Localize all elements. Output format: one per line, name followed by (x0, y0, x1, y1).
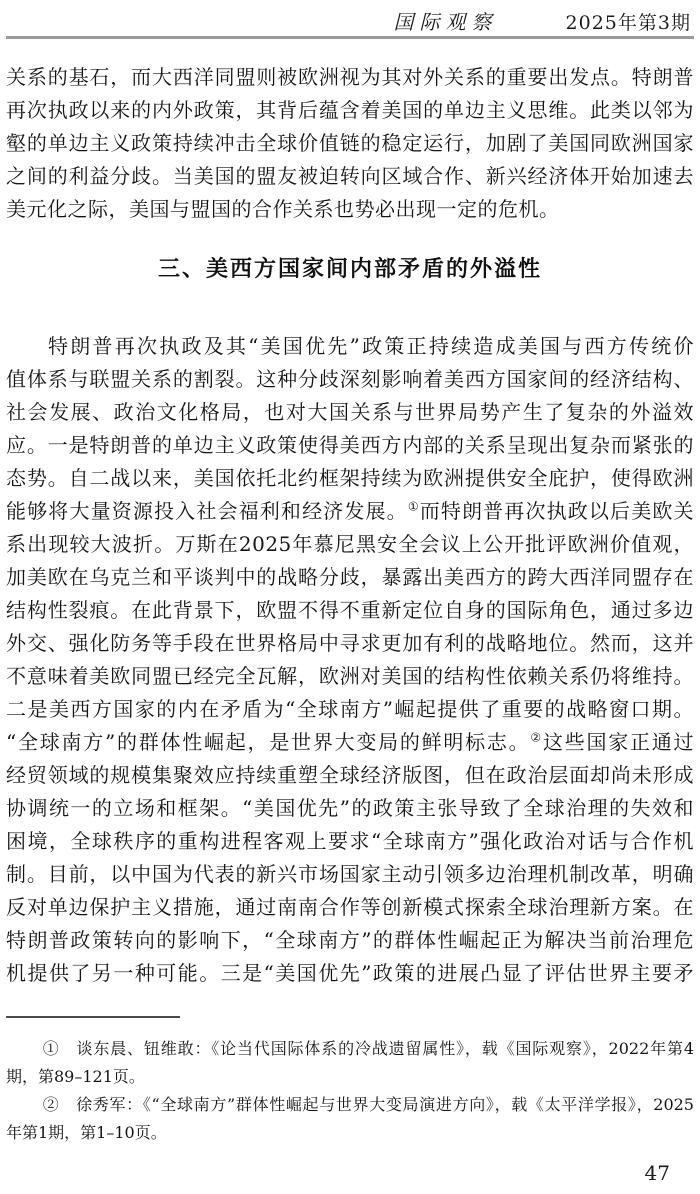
running-head: 国际观察 2025年第3期 (6, 6, 694, 33)
text-line: 能够将大量资源投入社会福利和经济发展。①而特朗普再次执政以后美欧关 (6, 495, 694, 528)
text-run: 特朗普再次执政及其“美国优先”政策正持续造成美国与西方传统价 (48, 334, 694, 358)
text-run: 机提供了另一种可能。三是“美国优先”政策的进展凸显了评估世界主要矛 (6, 961, 694, 985)
text-line: 外交、强化防务等手段在世界格局中寻求更加有利的战略地位。然而，这并 (6, 627, 694, 660)
text-line: 值体系与联盟关系的割裂。这种分歧深刻影响着美西方国家间的经济结构、 (6, 363, 694, 396)
text-run: 特朗普政策转向的影响下，“全球南方”的群体性崛起正为解决当前治理危 (6, 928, 694, 952)
text-line: 机提供了另一种可能。三是“美国优先”政策的进展凸显了评估世界主要矛 (6, 957, 694, 990)
text-line: 系出现较大波折。万斯在2025年慕尼黑安全会议上公开批评欧洲价值观，叠 (6, 528, 694, 561)
journal-title: 国际观察 (394, 6, 498, 35)
text-line: 制。目前，以中国为代表的新兴市场国家主动引领多边治理机制改革，明确 (6, 858, 694, 891)
text-run: 值体系与联盟关系的割裂。这种分歧深刻影响着美西方国家间的经济结构、 (6, 367, 694, 391)
journal-page: 国际观察 2025年第3期 关系的基石，而大西洋同盟则被欧洲视为其对外关系的重要… (0, 0, 700, 1194)
footnote-ref: ② (530, 730, 543, 744)
text-run: 而特朗普再次执政以后美欧关 (420, 499, 694, 523)
text-run: 态势。自二战以来，美国依托北约框架持续为欧洲提供安全庇护，使得欧洲 (6, 466, 694, 490)
article-body: 关系的基石，而大西洋同盟则被欧洲视为其对外关系的重要出发点。特朗普再次执政以来的… (6, 61, 694, 990)
footnotes: ① 谈东晨、钮维敢：《论当代国际体系的冷战遗留属性》，载《国际观察》，2022年… (6, 1035, 694, 1147)
text-line: 特朗普再次执政及其“美国优先”政策正持续造成美国与西方传统价 (6, 330, 694, 363)
footnote-line: ① 谈东晨、钮维敢：《论当代国际体系的冷战遗留属性》，载《国际观察》，2022年… (6, 1035, 694, 1063)
text-run: 能够将大量资源投入社会福利和经济发展。 (6, 499, 408, 523)
footnote-line: ② 徐秀军：《“全球南方”群体性崛起与世界大变局演进方向》，载《太平洋学报》，2… (6, 1091, 694, 1119)
footnote-item: ① 谈东晨、钮维敢：《论当代国际体系的冷战遗留属性》，载《国际观察》，2022年… (6, 1035, 694, 1091)
text-line: “全球南方”的群体性崛起，是世界大变局的鲜明标志。②这些国家正通过 (6, 726, 694, 759)
footnote-separator (6, 1016, 180, 1018)
text-line: 协调统一的立场和框架。“美国优先”的政策主张导致了全球治理的失效和 (6, 792, 694, 825)
footnote-line: 年第1期，第1–10页。 (6, 1119, 694, 1147)
text-run: 二是美西方国家的内在矛盾为“全球南方”崛起提供了重要的战略窗口期。 (6, 697, 694, 721)
section-heading: 三、美西方国家间内部矛盾的外溢性 (6, 254, 694, 286)
text-run: 协调统一的立场和框架。“美国优先”的政策主张导致了全球治理的失效和 (6, 796, 694, 820)
text-run: 之间的利益分歧。当美国的盟友被迫转向区域合作、新兴经济体开始加速去 (6, 164, 694, 188)
text-line: 社会发展、政治文化格局，也对大国关系与世界局势产生了复杂的外溢效 (6, 396, 694, 429)
page-number: 47 (645, 1161, 670, 1185)
text-line: 困境，全球秩序的重构进程客观上要求“全球南方”强化政治对话与合作机 (6, 825, 694, 858)
text-run: 不意味着美欧同盟已经完全瓦解，欧洲对美国的结构性依赖关系仍将维持。 (6, 664, 694, 688)
paragraph-continued: 关系的基石，而大西洋同盟则被欧洲视为其对外关系的重要出发点。特朗普再次执政以来的… (6, 61, 694, 226)
text-run: “全球南方”的群体性崛起，是世界大变局的鲜明标志。 (6, 730, 530, 754)
text-line: 应。一是特朗普的单边主义政策使得美西方内部的关系呈现出复杂而紧张的 (6, 429, 694, 462)
header-rule (6, 36, 694, 39)
text-run: 系出现较大波折。万斯在2025年慕尼黑安全会议上公开批评欧洲价值观，叠 (6, 532, 694, 561)
text-run: 外交、强化防务等手段在世界格局中寻求更加有利的战略地位。然而，这并 (6, 631, 694, 655)
issue-label: 2025年第3期 (566, 8, 691, 35)
text-line: 加美欧在乌克兰和平谈判中的战略分歧，暴露出美西方的跨大西洋同盟存在 (6, 561, 694, 594)
text-run: 应。一是特朗普的单边主义政策使得美西方内部的关系呈现出复杂而紧张的 (6, 433, 694, 457)
text-run: 这些国家正通过 (543, 730, 694, 754)
text-line: 再次执政以来的内外政策，其背后蕴含着美国的单边主义思维。此类以邻为 (6, 94, 694, 127)
text-run: 再次执政以来的内外政策，其背后蕴含着美国的单边主义思维。此类以邻为 (6, 98, 694, 122)
text-run: 壑的单边主义政策持续冲击全球价值链的稳定运行，加剧了美国同欧洲国家 (6, 131, 694, 155)
text-line: 反对单边保护主义措施，通过南南合作等创新模式探索全球治理新方案。在 (6, 891, 694, 924)
text-line: 之间的利益分歧。当美国的盟友被迫转向区域合作、新兴经济体开始加速去 (6, 160, 694, 193)
text-run: 制。目前，以中国为代表的新兴市场国家主动引领多边治理机制改革，明确 (6, 862, 694, 886)
footnote-line: 期，第89–121页。 (6, 1063, 694, 1091)
text-line: 不意味着美欧同盟已经完全瓦解，欧洲对美国的结构性依赖关系仍将维持。 (6, 660, 694, 693)
paragraph-section-3: 特朗普再次执政及其“美国优先”政策正持续造成美国与西方传统价值体系与联盟关系的割… (6, 330, 694, 990)
text-run: 经贸领域的规模集聚效应持续重塑全球经济版图，但在政治层面却尚未形成 (6, 763, 694, 787)
text-line: 态势。自二战以来，美国依托北约框架持续为欧洲提供安全庇护，使得欧洲 (6, 462, 694, 495)
text-line: 结构性裂痕。在此背景下，欧盟不得不重新定位自身的国际角色，通过多边 (6, 594, 694, 627)
text-run: 结构性裂痕。在此背景下，欧盟不得不重新定位自身的国际角色，通过多边 (6, 598, 694, 622)
footnote-ref: ① (408, 499, 420, 513)
text-run: 关系的基石，而大西洋同盟则被欧洲视为其对外关系的重要出发点。特朗普 (6, 65, 694, 89)
text-line: 壑的单边主义政策持续冲击全球价值链的稳定运行，加剧了美国同欧洲国家 (6, 127, 694, 160)
text-run: 社会发展、政治文化格局，也对大国关系与世界局势产生了复杂的外溢效 (6, 400, 694, 424)
text-line: 经贸领域的规模集聚效应持续重塑全球经济版图，但在政治层面却尚未形成 (6, 759, 694, 792)
text-run: 加美欧在乌克兰和平谈判中的战略分歧，暴露出美西方的跨大西洋同盟存在 (6, 565, 694, 589)
text-run: 反对单边保护主义措施，通过南南合作等创新模式探索全球治理新方案。在 (6, 895, 694, 919)
text-line: 二是美西方国家的内在矛盾为“全球南方”崛起提供了重要的战略窗口期。 (6, 693, 694, 726)
text-line: 关系的基石，而大西洋同盟则被欧洲视为其对外关系的重要出发点。特朗普 (6, 61, 694, 94)
text-line: 美元化之际，美国与盟国的合作关系也势必出现一定的危机。 (6, 193, 694, 226)
text-run: 困境，全球秩序的重构进程客观上要求“全球南方”强化政治对话与合作机 (6, 829, 694, 853)
footnote-item: ② 徐秀军：《“全球南方”群体性崛起与世界大变局演进方向》，载《太平洋学报》，2… (6, 1091, 694, 1147)
text-line: 特朗普政策转向的影响下，“全球南方”的群体性崛起正为解决当前治理危 (6, 924, 694, 957)
text-run: 美元化之际，美国与盟国的合作关系也势必出现一定的危机。 (6, 197, 560, 221)
